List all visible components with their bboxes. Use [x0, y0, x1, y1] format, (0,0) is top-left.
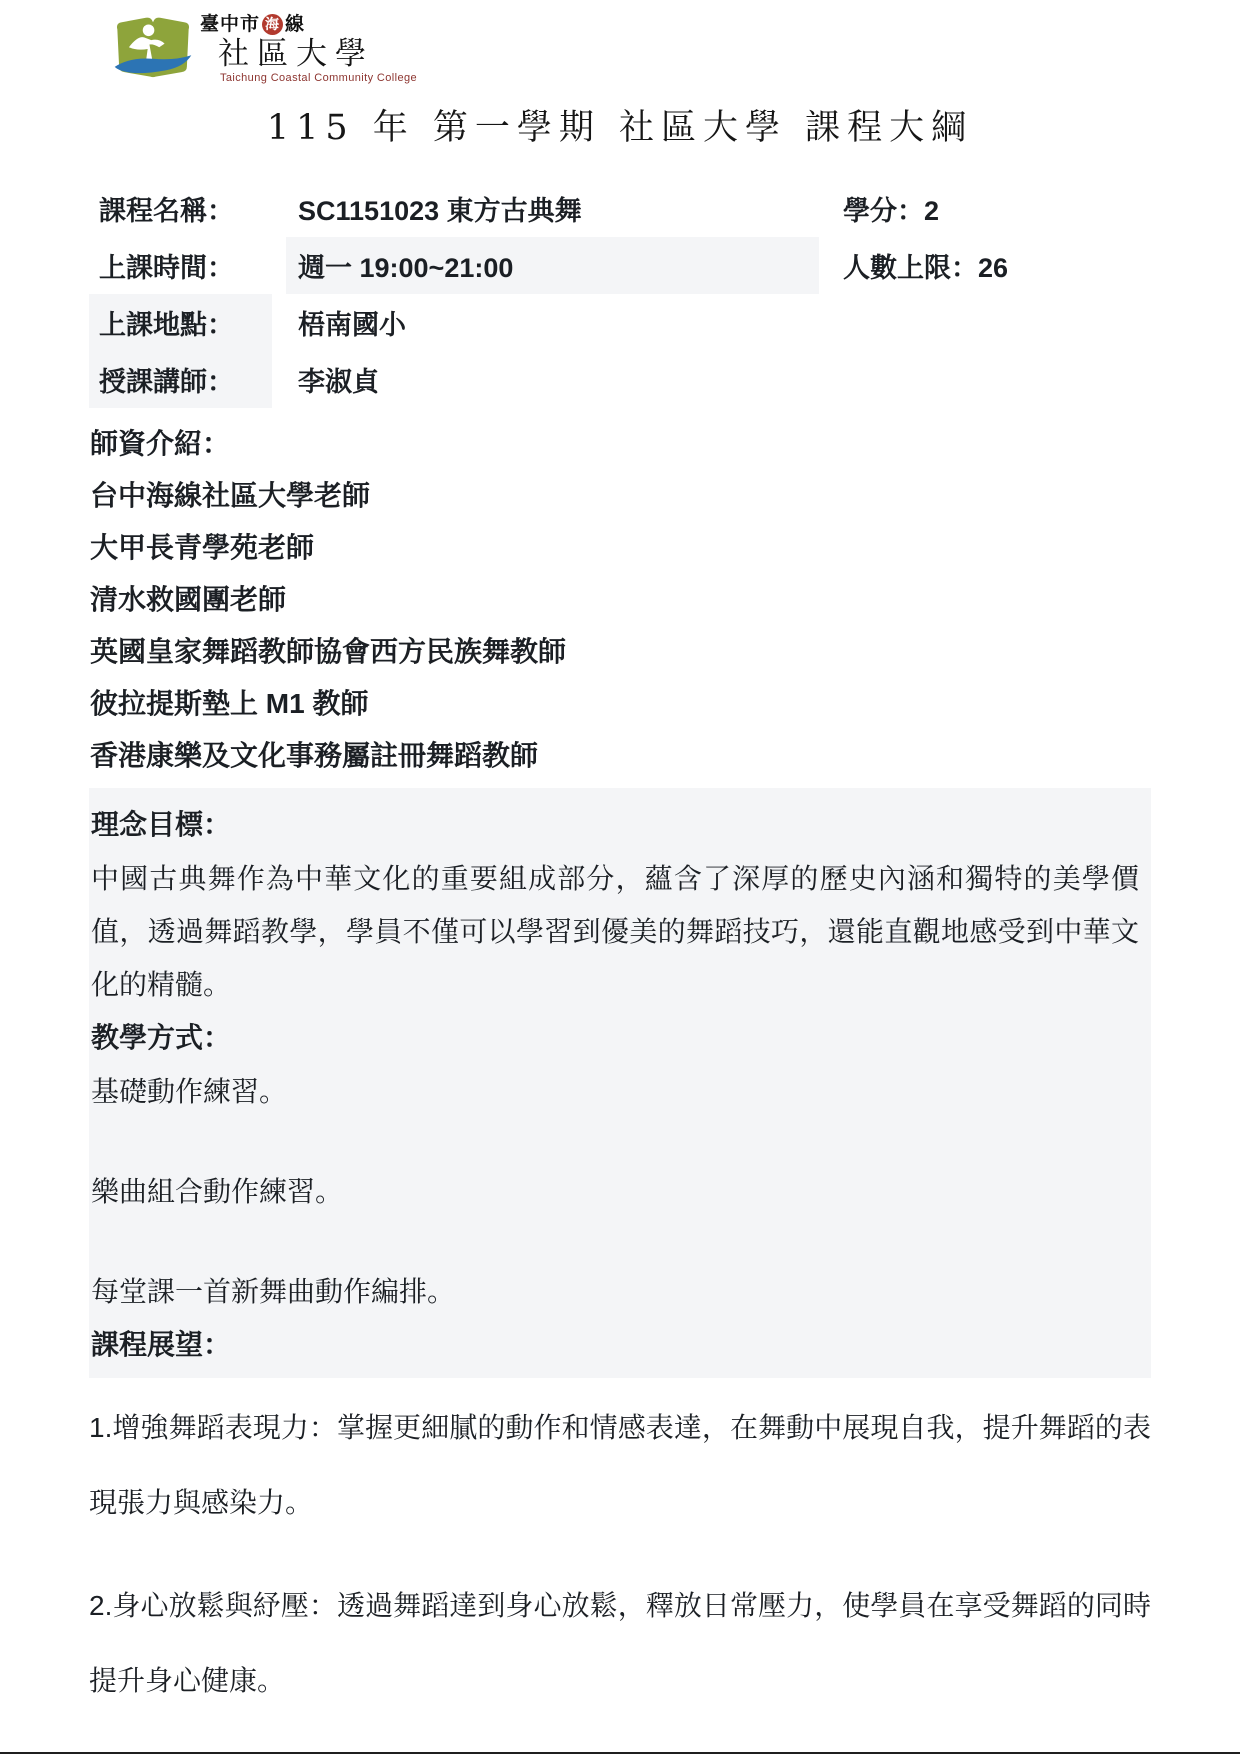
class-time-label: 上課時間： — [89, 237, 272, 294]
class-location-value: 梧南國小 — [286, 294, 819, 351]
table-row: 課程名稱： SC1151023 東方古典舞 學分：2 — [89, 180, 1151, 237]
table-row: 上課地點： 梧南國小 — [89, 294, 1151, 351]
instructor-credential: 台中海線社區大學老師 — [89, 470, 1151, 522]
instructor-intro-section: 師資介紹： 台中海線社區大學老師 大甲長青學苑老師 清水救國團老師 英國皇家舞蹈… — [89, 418, 1151, 782]
empty-cell — [833, 294, 1151, 351]
page-title: 115 年 第一學期 社區大學 課程大綱 — [0, 100, 1240, 150]
goals-paragraph: 中國古典舞作為中華文化的重要組成部分，蘊含了深厚的歷史內涵和獨特的美學價值，透過… — [91, 852, 1139, 1011]
shaded-content-block: 理念目標： 中國古典舞作為中華文化的重要組成部分，蘊含了深厚的歷史內涵和獨特的美… — [89, 788, 1151, 1378]
course-outlook-item: 2.身心放鬆與紓壓：透過舞蹈達到身心放鬆，釋放日常壓力，使學員在享受舞蹈的同時提… — [89, 1568, 1151, 1718]
instructor-intro-heading: 師資介紹： — [89, 418, 1151, 470]
instructor-label: 授課講師： — [89, 351, 272, 408]
max-students-value: 人數上限：26 — [833, 237, 1151, 294]
instructor-value: 李淑貞 — [286, 351, 819, 408]
credits-value: 學分：2 — [833, 180, 1151, 237]
course-info-table: 課程名稱： SC1151023 東方古典舞 學分：2 上課時間： 週一 19:0… — [89, 180, 1151, 408]
course-outlook-section: 1.增強舞蹈表現力：掌握更細膩的動作和情感表達，在舞動中展現自我，提升舞蹈的表現… — [89, 1390, 1151, 1718]
teaching-method-item: 每堂課一首新舞曲動作編排。 — [91, 1265, 1141, 1318]
logo-school-name: 社區大學 — [218, 39, 417, 70]
teaching-method-item: 基礎動作練習。 — [91, 1065, 1141, 1118]
instructor-credential: 香港康樂及文化事務屬註冊舞蹈教師 — [89, 730, 1151, 782]
table-row: 上課時間： 週一 19:00~21:00 人數上限：26 — [89, 237, 1151, 294]
course-name-label: 課程名稱： — [89, 180, 272, 237]
course-outlook-item: 1.增強舞蹈表現力：掌握更細膩的動作和情感表達，在舞動中展現自我，提升舞蹈的表現… — [89, 1390, 1151, 1540]
course-name-value: SC1151023 東方古典舞 — [286, 180, 819, 237]
instructor-credential: 大甲長青學苑老師 — [89, 522, 1151, 574]
class-time-value: 週一 19:00~21:00 — [286, 237, 819, 294]
table-row: 授課講師： 李淑貞 — [89, 351, 1151, 408]
class-location-label: 上課地點： — [89, 294, 272, 351]
teaching-method-item: 樂曲組合動作練習。 — [91, 1165, 1141, 1218]
course-syllabus-page: 臺中市 海 線 社區大學 Taichung Coastal Community … — [0, 0, 1240, 1754]
logo-sea-seal-icon: 海 — [262, 14, 283, 35]
instructor-credential: 英國皇家舞蹈教師協會西方民族舞教師 — [89, 626, 1151, 678]
logo-book-dancer-icon — [112, 16, 194, 82]
logo-text: 臺中市 海 線 社區大學 Taichung Coastal Community … — [200, 14, 417, 84]
teaching-method-heading: 教學方式： — [91, 1011, 1141, 1065]
logo-text-city: 臺中市 — [200, 15, 260, 34]
logo-english-name: Taichung Coastal Community College — [220, 73, 417, 84]
instructor-credential: 彼拉提斯墊上 M1 教師 — [89, 678, 1151, 730]
goals-heading: 理念目標： — [91, 798, 1141, 852]
empty-cell — [833, 351, 1151, 408]
course-outlook-heading: 課程展望： — [91, 1318, 1141, 1372]
logo-region-line: 臺中市 海 線 — [200, 14, 417, 35]
school-logo: 臺中市 海 線 社區大學 Taichung Coastal Community … — [0, 0, 1240, 88]
logo-text-line: 線 — [285, 15, 305, 34]
instructor-credential: 清水救國團老師 — [89, 574, 1151, 626]
